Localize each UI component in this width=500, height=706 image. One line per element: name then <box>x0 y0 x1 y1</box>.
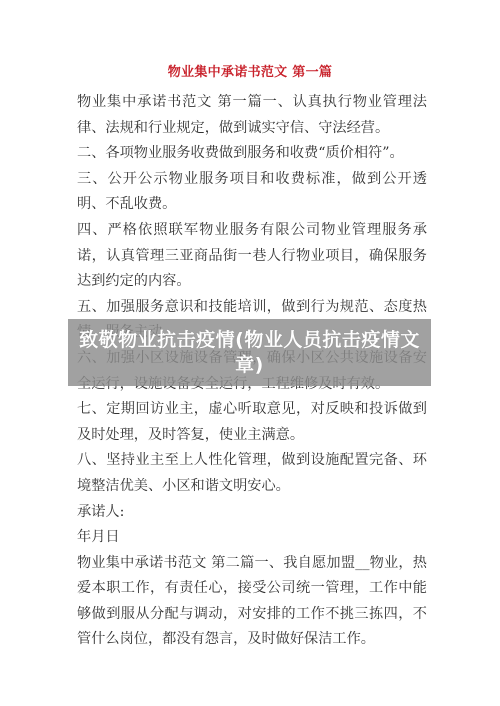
document-page: 物业集中承诺书范文 第一篇 物业集中承诺书范文 第一篇一、认真执行物业管理法律、… <box>0 0 500 706</box>
document-title: 物业集中承诺书范文 第一篇 <box>0 64 500 82</box>
paragraph-8: 八、坚持业主至上人性化管理，做到设施配置完备、环境整洁优美、小区和谐文明安心。 <box>77 448 427 499</box>
title-overlay-banner[interactable]: 致敬物业抗击疫情(物业人员抗击疫情文章) <box>68 319 431 386</box>
banner-title: 致敬物业抗击疫情(物业人员抗击疫情文章) <box>68 328 431 378</box>
paragraph-2: 二、各项物业服务收费做到服务和收费“质价相符”。 <box>77 141 427 167</box>
paragraph-1: 物业集中承诺书范文 第一篇一、认真执行物业管理法律、法规和行业规定，做到诚实守信… <box>77 90 427 141</box>
signatory-label: 承诺人: <box>77 500 427 526</box>
paragraph-7: 七、定期回访业主，虚心听取意见，对反映和投诉做到及时处理，及时答复，使业主满意。 <box>77 397 427 448</box>
paragraph-4: 四、严格依照联军物业服务有限公司物业管理服务承诺，认真管理三亚商品街一巷人行物业… <box>77 218 427 295</box>
paragraph-3: 三、公开公示物业服务项目和收费标准，做到公开透明、不乱收费。 <box>77 167 427 218</box>
date-label: 年月日 <box>77 525 427 551</box>
paragraph-second-article: 物业集中承诺书范文 第二篇一、我自愿加盟__物业，热爱本职工作，有责任心，接受公… <box>77 551 427 653</box>
